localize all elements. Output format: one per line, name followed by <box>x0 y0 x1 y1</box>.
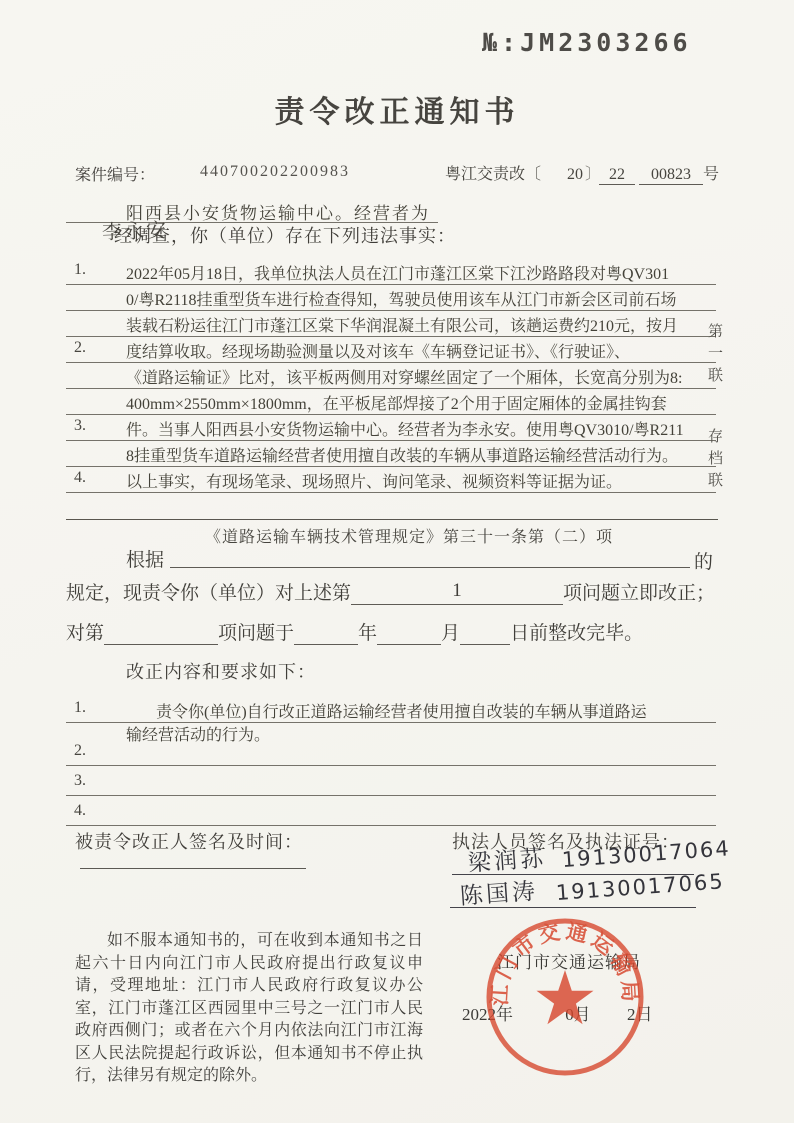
notice-document: №:JM2303266 责令改正通知书 案件编号： 44070020220098… <box>0 0 794 1123</box>
fact-row: 0/粤R2118挂重型货车进行检查得知，驾驶员使用该车从江门市新会区司前石场 <box>66 285 716 311</box>
basis-suffix: 的 <box>694 547 713 574</box>
basis-blank-line <box>170 545 690 568</box>
fact-number: 4. <box>74 469 86 487</box>
correction-row: 3. <box>66 770 716 796</box>
order-pre: 规定，现责令你（单位）对上述第 <box>66 583 351 604</box>
fact-text: 件。当事人阳西县小安货物运输中心。经营者为李永安。使用粤QV3010/粤R211 <box>126 417 684 440</box>
fact-row: 1. 2022年05月18日，我单位执法人员在江门市蓬江区棠下江沙路路段对粤QV… <box>66 259 716 285</box>
correction-number: 4. <box>74 802 86 820</box>
case-number-label: 案件编号： <box>75 162 155 185</box>
correction-text: 责令你(单位)自行改正道路运输经营者使用擅自改装的车辆从事道路运 <box>156 699 647 722</box>
fact-text: 2022年05月18日，我单位执法人员在江门市蓬江区棠下江沙路路段对粤QV301 <box>126 261 669 284</box>
legal-basis-value: 《道路运输车辆技术管理规定》第三十一条第（二）项 <box>205 524 613 547</box>
fact-text: 度结算收取。经现场勘验测量以及对该车《车辆登记证书》、《行驶证》、 <box>126 339 630 362</box>
fact-text: 400mm×2550mm×1800mm，在平板尾部焊接了2个用于固定厢体的金属挂… <box>126 391 667 414</box>
fact-number: 3. <box>74 417 86 435</box>
ref-written-year: 22 <box>599 166 635 185</box>
fact-row: 2. 度结算收取。经现场勘验测量以及对该车《车辆登记证书》、《行驶证》、 <box>66 337 716 363</box>
fact-row: 3. 件。当事人阳西县小安货物运输中心。经营者为李永安。使用粤QV3010/粤R… <box>66 415 716 441</box>
section-divider <box>66 505 718 520</box>
correction-number: 1. <box>74 699 86 717</box>
fact-row: 装载石粉运往江门市蓬江区棠下华润混凝土有限公司，该趟运费约210元，按月 <box>66 311 716 337</box>
deadline-row: 对第项问题于年月日前整改完毕。 <box>66 618 643 645</box>
deadline-p5: 日前整改完毕。 <box>510 623 643 644</box>
deadline-blank-month <box>377 620 441 645</box>
reference-number: 粤江交责改〔 20〕 22 00823号 <box>445 161 719 185</box>
fact-text: 以上事实，有现场笔录、现场照片、询问笔录、视频资料等证据为证。 <box>126 469 622 492</box>
deadline-blank-year <box>294 620 358 645</box>
deadline-blank-day <box>460 620 510 645</box>
fact-text: 《道路运输证》比对，该平板两侧用对穿螺丝固定了一个厢体，长宽高分别为8: <box>126 365 682 388</box>
party-signature-line <box>80 845 306 869</box>
deadline-month-label: 月 <box>441 623 460 644</box>
basis-prefix: 根据 <box>126 545 164 572</box>
ref-printed-year: 20 <box>567 166 583 183</box>
correction-row: 2. <box>66 740 716 766</box>
copy-label-archive: 存档联 <box>704 428 725 494</box>
fact-number: 2. <box>74 339 86 357</box>
deadline-p2: 项问题于 <box>218 623 294 644</box>
fact-text: 装载石粉运往江门市蓬江区棠下华润混凝土有限公司，该趟运费约210元，按月 <box>126 313 678 336</box>
order-item-number: 1 <box>452 580 462 601</box>
order-item-blank: 1 <box>351 580 563 605</box>
correction-number: 2. <box>74 742 86 760</box>
fact-row: 4. 以上事实，有现场笔录、现场照片、询问笔录、视频资料等证据为证。 <box>66 467 716 493</box>
correction-heading: 改正内容和要求如下： <box>126 658 316 684</box>
fact-row: 8挂重型货车道路运输经营者使用擅自改装的车辆从事道路运输经营活动行为。 <box>66 441 716 467</box>
correction-number: 3. <box>74 772 86 790</box>
ref-prefix: 粤江交责改〔 <box>445 166 541 183</box>
ref-suffix: 号 <box>703 166 719 183</box>
fact-row: 《道路运输证》比对，该平板两侧用对穿螺丝固定了一个厢体，长宽高分别为8: <box>66 363 716 389</box>
deadline-blank-item <box>104 620 218 645</box>
seal-star-icon <box>537 970 594 1024</box>
serial-number: №:JM2303266 <box>482 28 692 57</box>
order-post: 项问题立即改正； <box>563 583 715 604</box>
official-seal: 江门市交通运输局 <box>480 912 650 1082</box>
copy-label-first: 第一联 <box>704 323 725 389</box>
officer-signature-line <box>452 852 694 875</box>
fact-number: 1. <box>74 261 86 279</box>
party-name-line: 阳西县小安货物运输中心。经营者为 <box>126 199 430 224</box>
deadline-year-label: 年 <box>358 623 377 644</box>
ref-doc-number: 00823 <box>639 166 703 185</box>
deadline-p1: 对第 <box>66 623 104 644</box>
correction-row: 4. <box>66 800 716 826</box>
order-row: 规定，现责令你（单位）对上述第1项问题立即改正； <box>66 578 715 605</box>
case-number-value: 440700202200983 <box>200 163 350 181</box>
fact-text: 8挂重型货车道路运输经营者使用擅自改装的车辆从事道路运输经营活动行为。 <box>126 443 678 466</box>
appeal-rights-paragraph: 如不服本通知书的，可在收到本通知书之日起六十日内向江门市人民政府提出行政复议申请… <box>75 930 423 1088</box>
officer-signature-line <box>450 885 696 908</box>
investigation-intro: 经调查，你（单位）存在下列违法事实： <box>114 222 456 248</box>
fact-text: 0/粤R2118挂重型货车进行检查得知，驾驶员使用该车从江门市新会区司前石场 <box>126 287 677 310</box>
fact-row: 400mm×2550mm×1800mm，在平板尾部焊接了2个用于固定厢体的金属挂… <box>66 389 716 415</box>
page-title: 责令改正通知书 <box>0 87 794 131</box>
